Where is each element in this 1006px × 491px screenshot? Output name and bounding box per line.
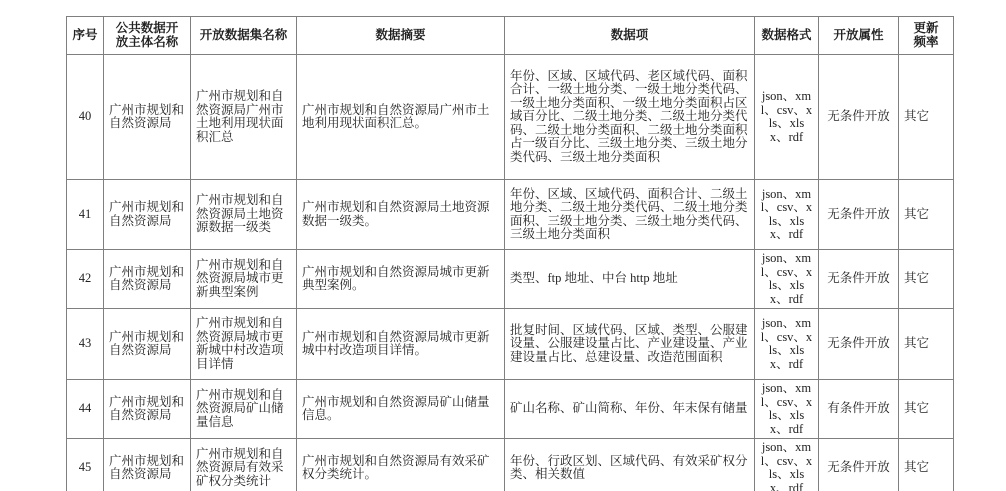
cell-summary: 广州市规划和自然资源局有效采矿权分类统计。: [297, 439, 505, 491]
cell-org: 广州市规划和自然资源局: [104, 309, 191, 380]
cell-access: 无条件开放: [819, 55, 899, 180]
open-data-catalog-table: 序号 公共数据开放主体名称 开放数据集名称 数据摘要 数据项 数据格式 开放属性…: [66, 16, 954, 491]
cell-dataset: 广州市规划和自然资源局土地资源数据一级类: [191, 180, 297, 250]
cell-format: json、xml、csv、xls、xlsx、rdf: [755, 380, 819, 439]
col-header-dataset: 开放数据集名称: [191, 17, 297, 55]
cell-seq: 40: [67, 55, 104, 180]
col-header-seq: 序号: [67, 17, 104, 55]
cell-access: 无条件开放: [819, 439, 899, 491]
cell-org: 广州市规划和自然资源局: [104, 250, 191, 309]
cell-dataset: 广州市规划和自然资源局有效采矿权分类统计: [191, 439, 297, 491]
cell-items: 矿山名称、矿山简称、年份、年末保有储量: [505, 380, 755, 439]
col-header-org: 公共数据开放主体名称: [104, 17, 191, 55]
cell-access: 无条件开放: [819, 180, 899, 250]
table-row: 44广州市规划和自然资源局广州市规划和自然资源局矿山储量信息广州市规划和自然资源…: [67, 380, 954, 439]
cell-seq: 45: [67, 439, 104, 491]
cell-dataset: 广州市规划和自然资源局城市更新城中村改造项目详情: [191, 309, 297, 380]
cell-items: 类型、ftp 地址、中台 http 地址: [505, 250, 755, 309]
col-header-items: 数据项: [505, 17, 755, 55]
cell-frequency: 其它: [899, 439, 954, 491]
col-header-access: 开放属性: [819, 17, 899, 55]
cell-seq: 43: [67, 309, 104, 380]
table-body: 40广州市规划和自然资源局广州市规划和自然资源局广州市土地利用现状面积汇总广州市…: [67, 55, 954, 491]
cell-items: 年份、区域、区域代码、老区域代码、面积合计、一级土地分类、一级土地分类代码、一级…: [505, 55, 755, 180]
cell-frequency: 其它: [899, 250, 954, 309]
table-row: 41广州市规划和自然资源局广州市规划和自然资源局土地资源数据一级类广州市规划和自…: [67, 180, 954, 250]
cell-org: 广州市规划和自然资源局: [104, 55, 191, 180]
cell-items: 年份、行政区划、区域代码、有效采矿权分类、相关数值: [505, 439, 755, 491]
cell-format: json、xml、csv、xls、xlsx、rdf: [755, 250, 819, 309]
cell-access: 无条件开放: [819, 250, 899, 309]
document-page: 序号 公共数据开放主体名称 开放数据集名称 数据摘要 数据项 数据格式 开放属性…: [0, 0, 1006, 491]
cell-summary: 广州市规划和自然资源局矿山储量信息。: [297, 380, 505, 439]
cell-access: 无条件开放: [819, 309, 899, 380]
cell-items: 年份、区域、区域代码、面积合计、二级土地分类、二级土地分类代码、二级土地分类面积…: [505, 180, 755, 250]
cell-org: 广州市规划和自然资源局: [104, 380, 191, 439]
cell-format: json、xml、csv、xls、xlsx、rdf: [755, 439, 819, 491]
table-row: 43广州市规划和自然资源局广州市规划和自然资源局城市更新城中村改造项目详情广州市…: [67, 309, 954, 380]
cell-frequency: 其它: [899, 180, 954, 250]
cell-seq: 42: [67, 250, 104, 309]
cell-frequency: 其它: [899, 309, 954, 380]
cell-summary: 广州市规划和自然资源局土地资源数据一级类。: [297, 180, 505, 250]
col-header-format: 数据格式: [755, 17, 819, 55]
col-header-summary: 数据摘要: [297, 17, 505, 55]
cell-items: 批复时间、区域代码、区域、类型、公服建设量、公服建设量占比、产业建设量、产业建设…: [505, 309, 755, 380]
table-row: 42广州市规划和自然资源局广州市规划和自然资源局城市更新典型案例广州市规划和自然…: [67, 250, 954, 309]
cell-summary: 广州市规划和自然资源局广州市土地利用现状面积汇总。: [297, 55, 505, 180]
cell-format: json、xml、csv、xls、xlsx、rdf: [755, 55, 819, 180]
cell-dataset: 广州市规划和自然资源局广州市土地利用现状面积汇总: [191, 55, 297, 180]
table-row: 45广州市规划和自然资源局广州市规划和自然资源局有效采矿权分类统计广州市规划和自…: [67, 439, 954, 491]
col-header-frequency: 更新频率: [899, 17, 954, 55]
cell-dataset: 广州市规划和自然资源局城市更新典型案例: [191, 250, 297, 309]
cell-format: json、xml、csv、xls、xlsx、rdf: [755, 309, 819, 380]
cell-frequency: 其它: [899, 55, 954, 180]
cell-frequency: 其它: [899, 380, 954, 439]
header-row: 序号 公共数据开放主体名称 开放数据集名称 数据摘要 数据项 数据格式 开放属性…: [67, 17, 954, 55]
cell-seq: 41: [67, 180, 104, 250]
cell-dataset: 广州市规划和自然资源局矿山储量信息: [191, 380, 297, 439]
cell-summary: 广州市规划和自然资源局城市更新典型案例。: [297, 250, 505, 309]
table-row: 40广州市规划和自然资源局广州市规划和自然资源局广州市土地利用现状面积汇总广州市…: [67, 55, 954, 180]
cell-org: 广州市规划和自然资源局: [104, 180, 191, 250]
cell-org: 广州市规划和自然资源局: [104, 439, 191, 491]
cell-access: 有条件开放: [819, 380, 899, 439]
cell-summary: 广州市规划和自然资源局城市更新城中村改造项目详情。: [297, 309, 505, 380]
cell-format: json、xml、csv、xls、xlsx、rdf: [755, 180, 819, 250]
cell-seq: 44: [67, 380, 104, 439]
